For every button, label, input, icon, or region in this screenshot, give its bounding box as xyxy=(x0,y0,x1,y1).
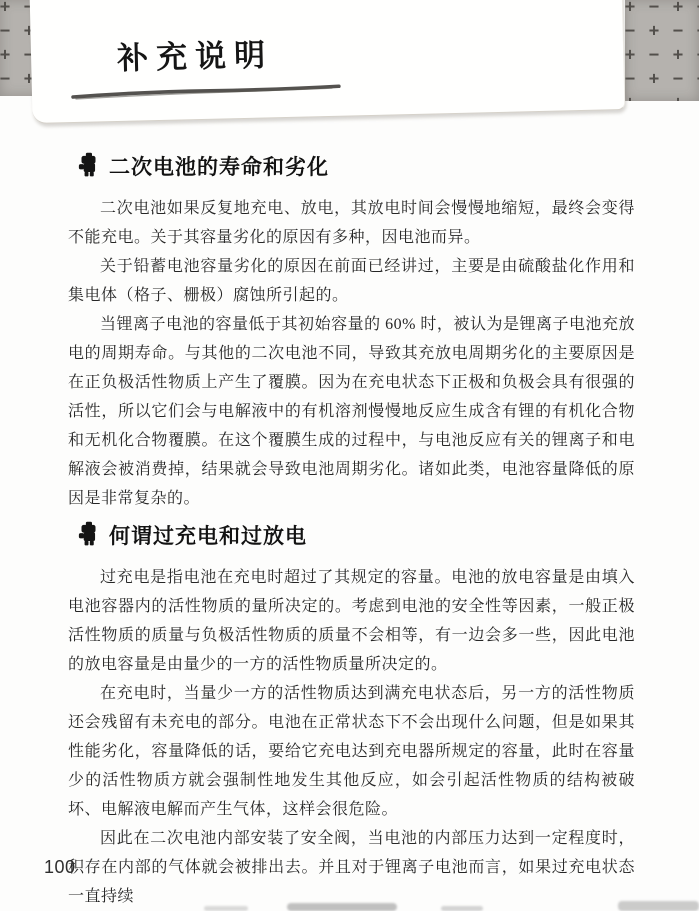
body-paragraph: 因此在二次电池内部安装了安全阀，当电池的内部压力达到一定程度时，积存在内部的气体… xyxy=(68,824,635,911)
body-paragraph: 过充电是指电池在充电时超过了其规定的容量。电池的放电容量是由填入电池容器内的活性… xyxy=(68,563,635,679)
scanned-book-page: +−+−+−+−+−+−+−+ +−+−−+−++−+−−+−++−+− 补充说… xyxy=(0,0,699,911)
scan-smudge xyxy=(204,906,248,911)
body-paragraph: 二次电池如果反复地充电、放电，其放电时间会慢慢地缩短，最终会变得不能充电。关于其… xyxy=(68,194,635,252)
section-heading-battery-life: 二次电池的寿命和劣化 xyxy=(78,150,635,182)
body-paragraph: 关于铅蓄电池容量劣化的原因在前面已经讲过，主要是由硫酸盐化作用和集电体（格子、栅… xyxy=(68,252,635,310)
battery-mascot-icon xyxy=(78,521,99,547)
body-paragraph: 当锂离子电池的容量低于其初始容量的 60% 时，被认为是锂离子电池充放电的周期寿… xyxy=(68,310,635,513)
page-content: 二次电池的寿命和劣化 二次电池如果反复地充电、放电，其放电时间会慢慢地缩短，最终… xyxy=(0,150,699,911)
page-number: 100 xyxy=(44,857,76,878)
section-heading-text: 何谓过充电和过放电 xyxy=(109,520,307,550)
scan-smudge xyxy=(618,901,699,911)
scan-smudge xyxy=(287,903,397,911)
title-underline-brush-icon xyxy=(70,82,342,102)
battery-mascot-icon xyxy=(78,152,99,178)
section-heading-text: 二次电池的寿命和劣化 xyxy=(109,151,329,181)
body-paragraph: 在充电时，当量少一方的活性物质达到满充电状态后，另一方的活性物质还会残留有未充电… xyxy=(68,679,635,824)
scan-smudge xyxy=(441,906,483,911)
background-pattern-top-right: +−+−−+−++−+−−+−++−+− xyxy=(625,0,699,101)
page-title: 补充说明 xyxy=(117,29,274,78)
chapter-title-sheet: 补充说明 xyxy=(29,0,625,124)
section-heading-overcharge: 何谓过充电和过放电 xyxy=(78,519,635,551)
